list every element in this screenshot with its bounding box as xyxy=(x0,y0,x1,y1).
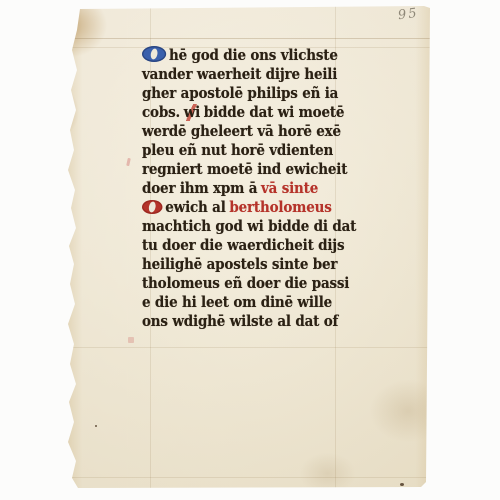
text-segment: wi xyxy=(184,104,200,121)
speck-2 xyxy=(400,483,404,486)
initial-core-decoration xyxy=(148,201,157,213)
text-segment: vā sinte xyxy=(261,180,318,197)
rubric-margin-mark-2 xyxy=(128,337,134,343)
text-segment: gher apostolē philips eñ ia xyxy=(142,85,338,102)
speck-1 xyxy=(95,425,97,427)
text-line: tu doer die waerdicheit dijs xyxy=(142,236,365,255)
text-segment: werdē gheleert vā horē exē xyxy=(142,123,341,140)
illuminated-initial-red xyxy=(142,200,162,214)
text-line: machtich god wi bidde di dat xyxy=(142,217,365,236)
text-line: ons wdighē wilste al dat of xyxy=(142,312,365,331)
text-line: e die hi leet om dinē wille xyxy=(142,293,365,312)
text-line: vander waerheit dijre heili xyxy=(142,65,365,84)
ruling-line-horizontal-bottom xyxy=(64,347,430,348)
text-segment: tholomeus eñ doer die passi xyxy=(142,275,349,292)
text-segment: machtich god wi bidde di dat xyxy=(142,218,356,235)
ruling-line-horizontal-bottom-2 xyxy=(64,477,430,478)
ruling-line-horizontal-top xyxy=(64,38,430,39)
text-line: doer ihm xpm āvā sinte xyxy=(142,179,365,198)
text-segment: ewich al xyxy=(165,199,225,216)
manuscript-leaf: 95 hē god die ons vlichstevander waerhei… xyxy=(64,6,430,488)
text-block: hē god die ons vlichstevander waerheit d… xyxy=(142,46,365,331)
rubric-margin-mark-1 xyxy=(126,158,131,166)
text-segment: regniert moetē ind ewicheit xyxy=(142,161,347,178)
text-segment: bertholomeus xyxy=(229,199,331,216)
text-segment: ons wdighē wilste al dat of xyxy=(142,313,338,330)
folio-number: 95 xyxy=(397,6,419,23)
text-segment: tu doer die waerdicheit dijs xyxy=(142,237,344,254)
text-line: tholomeus eñ doer die passi xyxy=(142,274,365,293)
text-line: cobs.wibidde dat wi moetē xyxy=(142,103,365,122)
text-segment: doer ihm xpm ā xyxy=(142,180,257,197)
text-segment: hē god die ons vlichste xyxy=(169,47,338,64)
text-line: pleu eñ nut horē vdienten xyxy=(142,141,365,160)
text-segment: e die hi leet om dinē wille xyxy=(142,294,332,311)
photo-background: { "folio": { "number": "95" }, "colors":… xyxy=(0,0,500,500)
text-line: werdē gheleert vā horē exē xyxy=(142,122,365,141)
text-line: gher apostolē philips eñ ia xyxy=(142,84,365,103)
text-segment: bidde dat wi moetē xyxy=(204,104,345,121)
text-line: heilighē apostels sinte ber xyxy=(142,255,365,274)
text-line: ewich albertholomeus xyxy=(142,198,365,217)
text-segment: heilighē apostels sinte ber xyxy=(142,256,337,273)
text-segment: vander waerheit dijre heili xyxy=(142,66,337,83)
text-segment: pleu eñ nut horē vdienten xyxy=(142,142,333,159)
illuminated-initial-blue xyxy=(142,46,166,62)
initial-core-decoration xyxy=(150,48,159,60)
text-line: hē god die ons vlichste xyxy=(142,46,365,65)
text-line: regniert moetē ind ewicheit xyxy=(142,160,365,179)
text-segment: cobs. xyxy=(142,104,180,121)
